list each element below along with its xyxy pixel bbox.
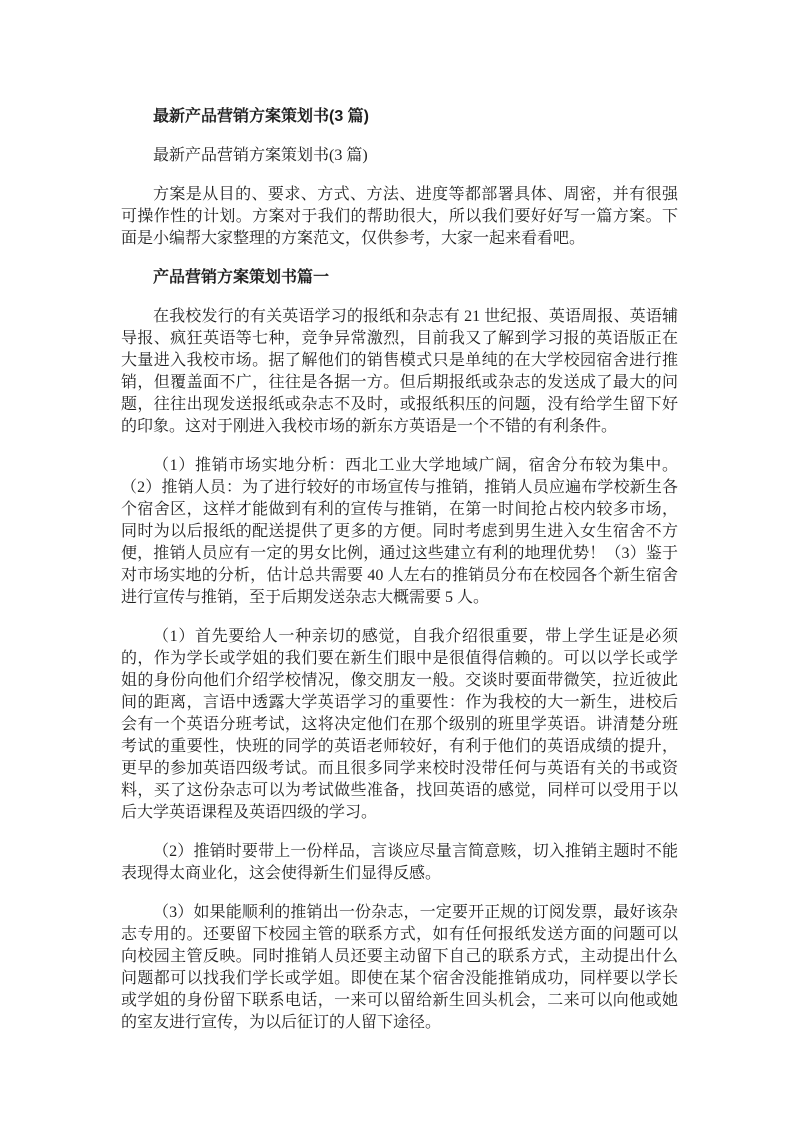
intro-paragraph: 方案是从目的、要求、方式、方法、进度等都部署具体、周密，并有很强可操作性的计划。… [121, 184, 678, 250]
document-page: 最新产品营销方案策划书(3 篇) 最新产品营销方案策划书(3 篇) 方案是从目的… [0, 0, 800, 1132]
paragraph-tip-1: （1）首先要给人一种亲切的感觉，自我介绍很重要，带上学生证是必须的，作为学长或学… [121, 626, 678, 824]
document-subtitle: 最新产品营销方案策划书(3 篇) [121, 145, 678, 167]
document-title: 最新产品营销方案策划书(3 篇) [121, 106, 678, 128]
paragraph-tip-3: （3）如果能顺利的推销出一份杂志，一定要开正规的订阅发票，最好该杂志专用的。还要… [121, 902, 678, 1034]
paragraph-tip-2: （2）推销时要带上一份样品，言谈应尽量言简意赅，切入推销主题时不能表现得太商业化… [121, 841, 678, 885]
section-heading-part-one: 产品营销方案策划书篇一 [121, 267, 678, 289]
paragraph-sales-plan: （1）推销市场实地分析：西北工业大学地域广阔，宿舍分布较为集中。（2）推销人员：… [121, 455, 678, 609]
paragraph-market-analysis: 在我校发行的有关英语学习的报纸和杂志有 21 世纪报、英语周报、英语辅导报、疯狂… [121, 306, 678, 438]
